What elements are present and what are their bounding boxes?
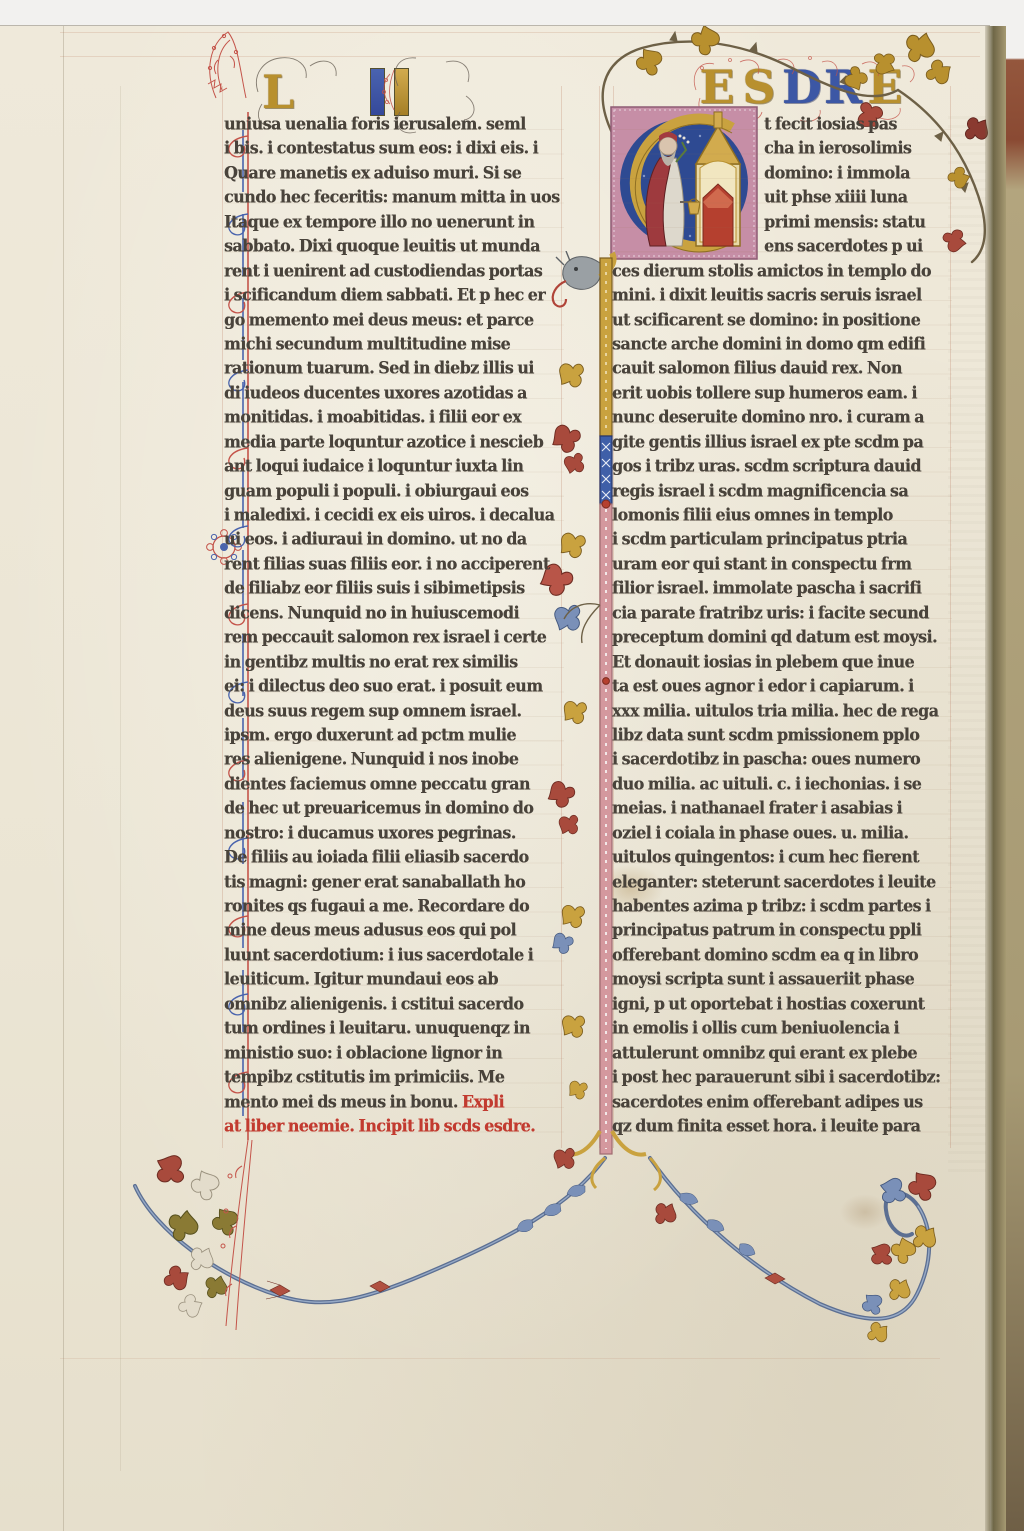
bar-node bbox=[603, 678, 610, 685]
text-line: attulerunt omnibz qui erant ex plebe bbox=[612, 1040, 949, 1066]
ruling-line bbox=[599, 86, 600, 1148]
text-line: i scdm particulam principatus ptria bbox=[612, 527, 949, 553]
text-line: i post hec parauerunt sibi i sacerdotibz… bbox=[612, 1064, 949, 1090]
text-line: at liber neemie. Incipit lib scds esdre. bbox=[224, 1113, 561, 1139]
book-page-edges bbox=[985, 26, 1006, 1531]
text-column-right: t fecit iosias pascha in ierosolimisdomi… bbox=[612, 112, 952, 1138]
bar-node bbox=[602, 500, 610, 508]
parchment-stain bbox=[840, 1194, 890, 1230]
text-line: Quare manetis ex aduiso muri. Si se bbox=[224, 160, 561, 186]
text-line: oziel i coiala in phase oues. u. milia. bbox=[612, 820, 949, 846]
text-line: ministio suo: i oblacione lignor in bbox=[224, 1040, 561, 1066]
text-line: ui eos. i adiuraui in domino. ut no da bbox=[224, 527, 561, 553]
text-line: in gentibz multis no erat rex similis bbox=[224, 649, 561, 675]
text-line: gite gentis illius israel ex pte scdm pa bbox=[612, 429, 949, 455]
text-line: ut scificarent se domino: in positione bbox=[612, 307, 949, 333]
text-line: nunc deseruite domino nro. i curam a bbox=[612, 404, 949, 430]
text-line: tempibz cstitutis im primiciis. Me bbox=[224, 1064, 561, 1090]
text-line: tis magni: gener erat sanaballath ho bbox=[224, 869, 561, 895]
text-line: tum ordines i leuitaru. unuquenqz in bbox=[224, 1015, 561, 1041]
text-line: duo milia. ac uituli. c. i iechonias. i … bbox=[612, 771, 949, 797]
text-line: habentes azima p tribz: i scdm partes i bbox=[612, 893, 949, 919]
text-line: ronites qs fugaui a me. Recordare do bbox=[224, 893, 561, 919]
text-line: go memento mei deus meus: et parce bbox=[224, 307, 561, 333]
text-line: mini. i dixit leuitis sacris seruis isra… bbox=[612, 282, 949, 308]
text-line: rationum tuarum. Sed in diebz illis ui bbox=[224, 356, 561, 382]
book-binding-edge bbox=[1006, 0, 1024, 1531]
bar-pink-segment bbox=[600, 504, 612, 1154]
text-line: sancte arche domini in domo qm edifi bbox=[612, 331, 949, 357]
text-line: luunt sacerdotium: i ius sacerdotale i bbox=[224, 942, 561, 968]
page-edge-line bbox=[63, 26, 64, 1531]
text-line: ei: i dilectus deo suo erat. i posuit eu… bbox=[224, 673, 561, 699]
ruling-line bbox=[60, 32, 980, 33]
running-title-letter: D bbox=[782, 56, 820, 118]
text-line: lomonis filii eius omnes in templo bbox=[612, 502, 949, 528]
text-line: rem peccauit salomon rex israel i certe bbox=[224, 624, 561, 650]
text-line: res alienigene. Nunquid i nos inobe bbox=[224, 747, 561, 773]
acanthus-leaves bbox=[517, 1185, 755, 1256]
text-line: sacerdotes enim offerebant adipes us bbox=[612, 1089, 949, 1115]
text-line: moysi scripta sunt i assaueriit phase bbox=[612, 966, 949, 992]
text-line: cha in ierosolimis bbox=[764, 136, 950, 162]
text-line: igni, p ut oportebat i hostias coxerunt bbox=[612, 991, 949, 1017]
text-line: cundo hec feceritis: manum mitta in uos bbox=[224, 184, 561, 210]
text-line: cia parate fratribz uris: i facite secun… bbox=[612, 600, 949, 626]
ruling-line bbox=[222, 86, 223, 1148]
running-title-letter: E bbox=[866, 56, 904, 118]
manuscript-photo: L ESDRE bbox=[0, 0, 1024, 1531]
text-line: libz data sunt scdm pmissionem pplo bbox=[612, 722, 949, 748]
text-line: nostro: i ducamus uxores pegrinas. bbox=[224, 820, 561, 846]
penwork-tail bbox=[221, 1140, 252, 1330]
text-line: michi secundum multitudine mise bbox=[224, 331, 561, 357]
text-line: eleganter: steterunt sacerdotes i leuite bbox=[612, 869, 949, 895]
left-leaf-cluster bbox=[150, 1149, 244, 1321]
text-line: in emolis i ollis cum beniuolencia i bbox=[612, 1015, 949, 1041]
text-line: cauit salomon filius dauid rex. Non bbox=[612, 356, 949, 382]
text-line: omnibz alienigenis. i cstitui sacerdo bbox=[224, 991, 561, 1017]
text-line: rent i uenirent ad custodiendas portas bbox=[224, 258, 561, 284]
text-line: i bis. i contestatus sum eos: i dixi eis… bbox=[224, 136, 561, 162]
bar-blue-segment bbox=[600, 436, 612, 504]
text-line: de hec ut preuaricemus in domino do bbox=[224, 795, 561, 821]
text-line: uniusa uenalia foris ierusalem. seml bbox=[224, 111, 561, 137]
text-line: mine deus meus adusus eos qui pol bbox=[224, 918, 561, 944]
text-line: primi mensis: statu bbox=[764, 209, 950, 235]
text-line: media parte loquntur azotice i nescieb bbox=[224, 429, 561, 455]
text-line: Itaque ex tempore illo no uenerunt in bbox=[224, 209, 561, 235]
text-line: domino: i immola bbox=[764, 160, 950, 186]
text-line: regis israel i scdm magnificencia sa bbox=[612, 478, 949, 504]
text-line: gos i tribz uras. scdm scriptura dauid bbox=[612, 453, 949, 479]
thorn-nodes bbox=[266, 1273, 785, 1299]
text-line: filior israel. immolate pascha i sacrifi bbox=[612, 575, 949, 601]
text-line: deus suus regem sup omnem israel. bbox=[224, 698, 561, 724]
text-line: uitulos quingentos: i cum hec fierent bbox=[612, 844, 949, 870]
text-line: ant loqui iudaice i loquntur iuxta lin bbox=[224, 453, 561, 479]
text-line: xxx milia. uitulos tria milia. hec de re… bbox=[612, 698, 949, 724]
text-line: erit uobis tollere sup humeros eam. i bbox=[612, 380, 949, 406]
parchment-page: L ESDRE bbox=[0, 26, 990, 1531]
text-line: de filiabz eor filiis suis i sibimetipsi… bbox=[224, 575, 561, 601]
rubric-text: at liber neemie. Incipit lib scds esdre. bbox=[224, 1115, 535, 1135]
text-line: leuiticum. Igitur mundaui eos ab bbox=[224, 966, 561, 992]
text-line: uit phse xiiii luna bbox=[764, 184, 950, 210]
running-title-letter: R bbox=[824, 56, 862, 118]
text-line: qz dum finita esset hora. i leuite para bbox=[612, 1113, 949, 1139]
text-line: i maledixi. i cecidi ex eis uiros. i dec… bbox=[224, 502, 561, 528]
text-line: De filiis au ioiada filii eliasib sacerd… bbox=[224, 844, 561, 870]
text-line: principatus patrum in conspectu ppli bbox=[612, 918, 949, 944]
text-line: preceptum domini qd datum est moysi. bbox=[612, 624, 949, 650]
running-title: ESDRE bbox=[698, 56, 904, 118]
text-line: dicens. Nunquid no in huiuscemodi bbox=[224, 600, 561, 626]
text-line: meias. i nathanael frater i asabias i bbox=[612, 795, 949, 821]
text-line: offerebant domino scdm ea q in libro bbox=[612, 942, 949, 968]
text-line: ens sacerdotes p ui bbox=[764, 233, 950, 259]
text-line: uram eor qui stant in conspectu frm bbox=[612, 551, 949, 577]
rubric-text: Expli bbox=[462, 1091, 504, 1111]
running-title-letter: S bbox=[740, 56, 778, 118]
page-edge-line bbox=[120, 86, 121, 1471]
text-line: rent filias suas filiis eor. i no accipe… bbox=[224, 551, 561, 577]
text-line: ta est oues agnor i edor i capiarum. i bbox=[612, 673, 949, 699]
running-title-letter: E bbox=[698, 56, 736, 118]
text-line: i scificandum diem sabbati. Et p hec er bbox=[224, 282, 561, 308]
text-line: dientes faciemus omne peccatu gran bbox=[224, 771, 561, 797]
text-line: guam populi i populi. i obiurgaui eos bbox=[224, 478, 561, 504]
show-through-text bbox=[948, 116, 986, 1176]
ruling-line bbox=[60, 1358, 940, 1359]
bar-gold-segment bbox=[600, 258, 612, 436]
text-line: ipsm. ergo duxerunt ad pctm mulie bbox=[224, 722, 561, 748]
text-line: monitidas. i moabitidas. i filii eor ex bbox=[224, 404, 561, 430]
text-line: Et donauit iosias in plebem que inue bbox=[612, 649, 949, 675]
text-line: t fecit iosias pas bbox=[764, 111, 950, 137]
text-line: i sacerdotibz in pascha: oues numero bbox=[612, 747, 949, 773]
text-line: mento mei ds meus in bonu. Expli bbox=[224, 1089, 561, 1115]
text-line: ces dierum stolis amictos in templo do bbox=[612, 258, 949, 284]
text-line: sabbato. Dixi quoque leuitis ut munda bbox=[224, 233, 561, 259]
text-column-left: uniusa uenalia foris ierusalem. semli bi… bbox=[224, 112, 564, 1138]
text-line: di iudeos ducentes uxores azotidas a bbox=[224, 380, 561, 406]
